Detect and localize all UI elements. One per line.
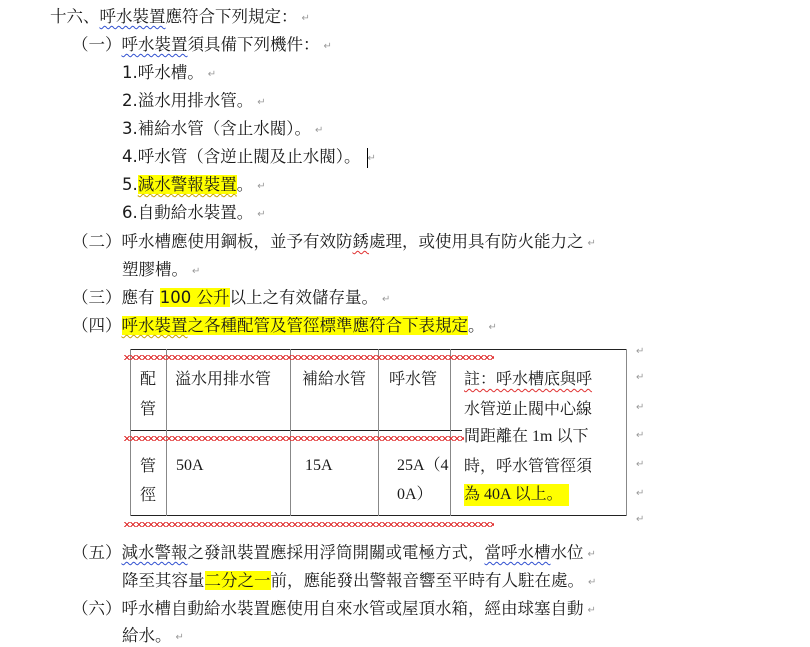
item-text: 給水。 [122,626,172,645]
spellcheck-underline [124,436,464,441]
item-2: （二）呼水槽應使用鋼板，並予有效防銹處理，或使用具有防火能力之↵ [72,231,596,255]
item-text: 塑膠槽。 [122,260,188,279]
item-label: （四） [72,316,122,335]
item-text: 應有 [122,288,160,307]
item-5: （五）減水警報之發訊裝置應採用浮筒開關或電極方式，當呼水槽水位↵ [72,542,596,566]
paragraph-mark-icon: ↵ [636,372,644,383]
item-6: （六）呼水槽自動給水裝置應使用自來水管或屋頂水箱，經由球塞自動↵ [72,598,596,622]
paragraph-mark-icon: ↵ [315,125,323,136]
paragraph-mark-icon: ↵ [588,549,596,560]
paragraph-mark-icon: ↵ [257,181,265,192]
spellcheck-text: 呼水裝置 [100,7,166,26]
table-col-divider [378,349,379,516]
item-text: 。 [468,316,485,335]
table-note-line: 註：呼水槽底與呼 [464,368,592,390]
subitem-4: 4.呼水管（含逆止閥及止水閥）。↵ [122,146,376,170]
item-label: （一） [72,35,122,54]
paragraph-mark-icon: ↵ [302,13,310,24]
item-text: 呼水槽應使用鋼板，並予有效防 [122,232,353,251]
item-text: 呼水槽自動給水裝置應使用自來水管或屋頂水箱，經由球塞自動 [122,599,584,618]
table-header-cell: 配 [140,368,156,390]
heading-text: 應符合下列規定： [166,7,298,26]
highlighted-text: 呼水裝置 [122,316,188,335]
subitem-5: 5.減水警報裝置。↵ [122,174,266,198]
subitem-number: 6. [122,203,138,222]
item-5-line-2: 降至其容量二分之一前，應能發出警報音響至平時有人駐在處。↵ [122,570,596,594]
paragraph-mark-icon: ↵ [382,294,390,305]
paragraph-mark-icon: ↵ [636,346,644,357]
table-header-cell: 呼水管 [389,368,437,390]
subitem-text: 自動給水裝置。 [138,203,254,222]
item-text: 之發訊裝置應採用浮筒開關或電極方式， [188,543,485,562]
subitem-number: 2. [122,91,138,110]
table-header-cell: 溢水用排水管 [175,368,271,390]
subitem-6: 6.自動給水裝置。↵ [122,202,266,226]
table-cell-overflow-drain: 50A [176,455,204,477]
item-label: （二） [72,232,122,251]
table-note-line: 水管逆止閥中心線 [464,398,592,420]
spellcheck-text: 減水警報 [122,543,188,562]
subitem-text: 溢水用排水管。 [138,91,254,110]
paragraph-mark-icon: ↵ [192,266,200,277]
paragraph-mark-icon: ↵ [636,430,644,441]
item-4: （四）呼水裝置之各種配管及管徑標準應符合下表規定。↵ [72,315,497,339]
item-2-line-2: 塑膠槽。↵ [122,259,200,283]
paragraph-mark-icon: ↵ [636,488,644,499]
paragraph-mark-icon: ↵ [636,402,644,413]
spellcheck-text: 當呼水槽 [485,543,551,562]
spellcheck-underline [124,355,494,360]
subitem-number: 4. [122,147,138,166]
paragraph-mark-icon: ↵ [176,632,184,643]
item-text: 須具備下列機件： [188,35,320,54]
paragraph-mark-icon: ↵ [588,577,596,588]
paragraph-mark-icon: ↵ [368,153,376,164]
table-divider [130,430,462,431]
spellcheck-underline [124,522,494,527]
highlighted-text: 100 公升 [160,288,230,307]
table-note-line: 間距離在 1m 以下 [464,426,588,448]
paragraph-mark-icon: ↵ [324,41,332,52]
paragraph-mark-icon: ↵ [257,97,265,108]
item-6-line-2: 給水。↵ [122,625,184,647]
highlighted-text: 之各種配管及管徑標準應符合下表規定 [188,316,469,335]
subitem-number: 3. [122,119,138,138]
table-border-left [130,349,131,516]
subitem-number: 1. [122,63,138,82]
highlighted-text: 減水警報裝置 [138,175,237,194]
paragraph-mark-icon: ↵ [588,238,596,249]
paragraph-mark-icon: ↵ [636,459,644,470]
item-text: 降至其容量 [122,571,205,590]
paragraph-mark-icon: ↵ [636,514,644,525]
table-header-cell: 管 [140,398,156,420]
heading-number: 十六、 [50,7,100,26]
table-cell-priming: 0A） [397,484,433,506]
subitem-text: 呼水槽。 [138,63,204,82]
spellcheck-text: 呼水裝置 [122,35,188,54]
table-col-divider [450,349,451,516]
subitem-number: 5. [122,175,138,194]
item-label: （三） [72,288,122,307]
item-text: 處理，或使用具有防火能力之 [369,232,584,251]
table-col-divider [290,349,291,516]
table-header-cell: 補給水管 [302,368,366,390]
item-3: （三）應有 100 公升以上之有效儲存量。↵ [72,287,390,311]
table-note-highlighted: 為 40A 以上。 [464,484,569,506]
item-text: 水位 [551,543,584,562]
subitem-1: 1.呼水槽。↵ [122,62,216,86]
table-row-label: 徑 [140,484,156,506]
subitem-3: 3.補給水管（含止水閥）。↵ [122,118,323,142]
item-text: 前，應能發出警報音響至平時有人駐在處。 [271,571,585,590]
highlighted-text: 二分之一 [205,571,271,590]
subitem-text: 補給水管（含止水閥）。 [138,119,311,138]
item-text: 以上之有效儲存量。 [230,288,379,307]
paragraph-mark-icon: ↵ [257,209,265,220]
subitem-text: 呼水管（含逆止閥及止水閥）。 [138,147,361,166]
section-heading: 十六、呼水裝置應符合下列規定：↵ [50,6,310,30]
table-note-line: 時，呼水管管徑須 [464,455,592,477]
spellcheck-text: 銹 [353,232,370,251]
paragraph-mark-icon: ↵ [208,69,216,80]
table-col-divider [166,349,167,516]
item-label: （六） [72,599,122,618]
table-cell-priming: 25A（4 [397,455,449,477]
paragraph-mark-icon: ↵ [489,322,497,333]
paragraph-mark-icon: ↵ [588,605,596,616]
table-row-label: 管 [140,455,156,477]
table-cell-supply: 15A [305,455,333,477]
item-label: （五） [72,543,122,562]
table-border-right [626,349,627,516]
subitem-text: 。 [237,175,254,194]
subitem-2: 2.溢水用排水管。↵ [122,90,266,114]
item-1: （一）呼水裝置須具備下列機件：↵ [72,34,332,58]
